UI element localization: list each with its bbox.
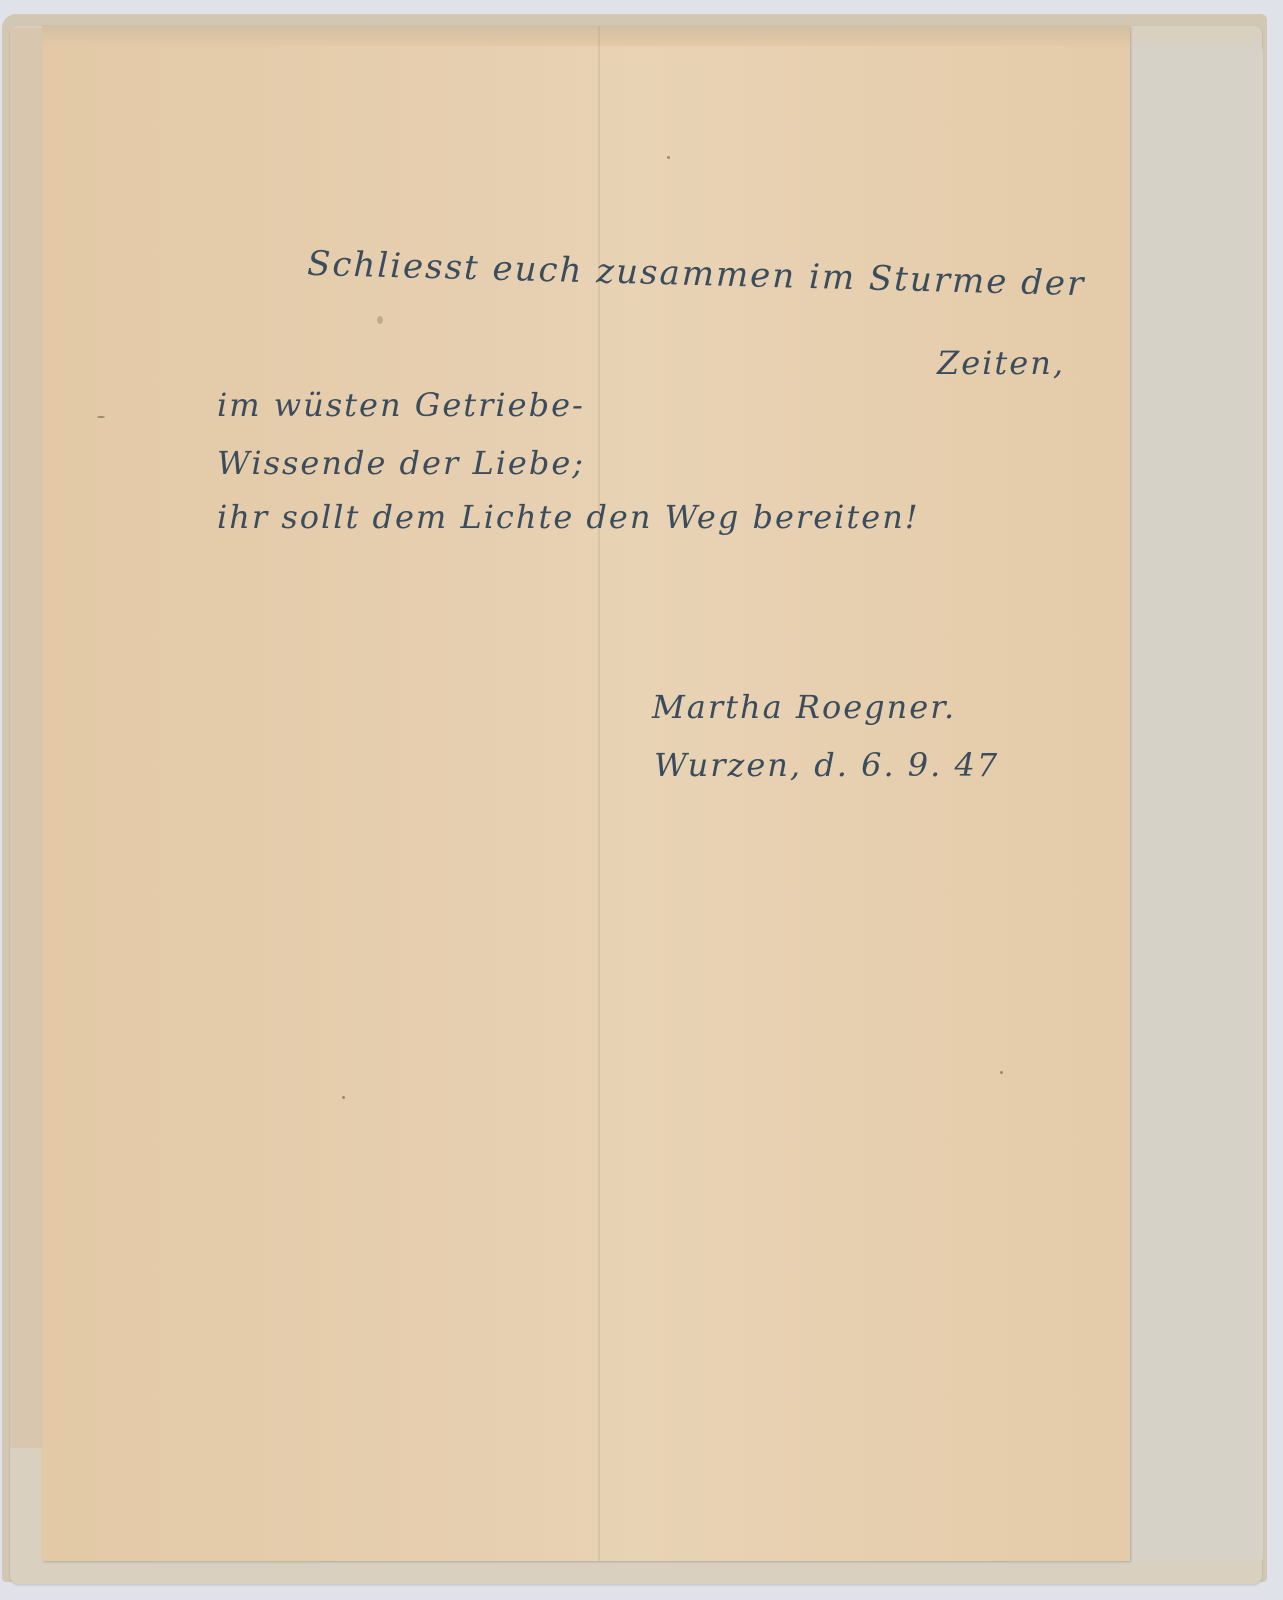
paper-speck: [667, 156, 670, 159]
page-top-edge: [42, 26, 1130, 46]
place-date: Wurzen, d. 6. 9. 47: [654, 746, 999, 784]
paper-speck: [97, 416, 105, 418]
grey-paper-flap: [1125, 42, 1263, 1562]
text-line-2: Zeiten,: [937, 344, 1065, 382]
paper-speck: [342, 1096, 345, 1099]
paper-speck: [1000, 1071, 1003, 1074]
handwritten-page: Schliesst euch zusammen im Sturme der Ze…: [42, 26, 1130, 1561]
text-line-5: ihr sollt dem Lichte den Weg bereiten!: [217, 498, 920, 536]
text-line-1: Schliesst euch zusammen im Sturme der: [307, 244, 1086, 304]
text-line-4: Wissende der Liebe;: [217, 444, 585, 482]
signature: Martha Roegner.: [652, 688, 956, 726]
paper-speck: [377, 316, 383, 324]
text-line-3: im wüsten Getriebe-: [217, 386, 585, 424]
